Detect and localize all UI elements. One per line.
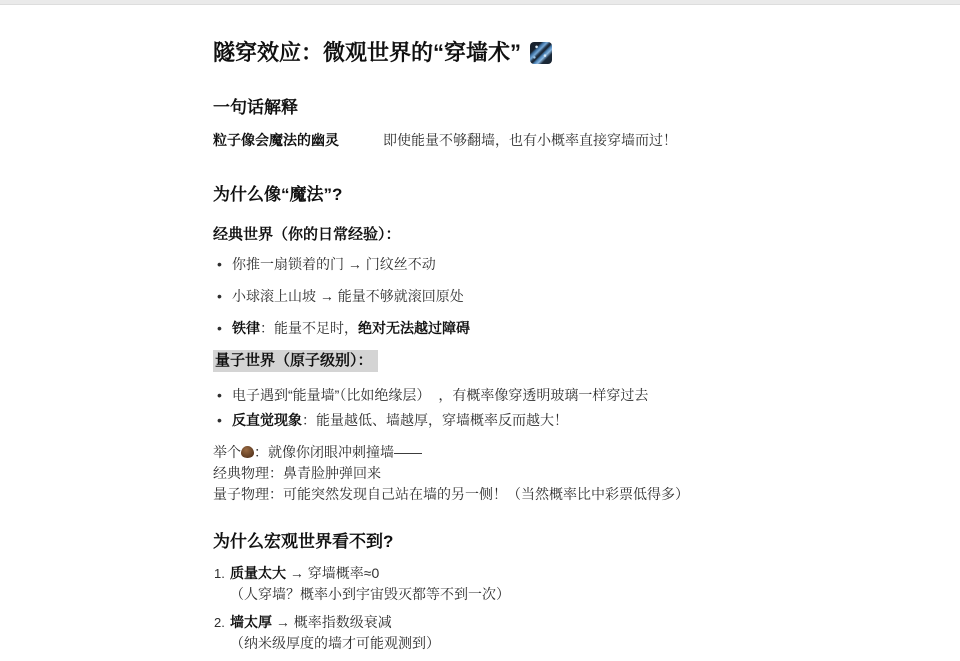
item1-rest: → 穿墙概率≈0 xyxy=(286,565,379,581)
quantum-bullet-1b: ，有概率像穿透明玻璃一样穿过去 xyxy=(438,387,648,403)
item1-bold: 质量太大 xyxy=(230,565,286,581)
subheading-quantum-world: 量子世界（原子级别）： xyxy=(213,350,378,372)
item2-bold: 墙太厚 xyxy=(230,614,272,630)
example-line-1: 举个：就像你闭眼冲刺撞墙—— xyxy=(213,442,773,463)
page-title-text: 隧穿效应：微观世界的“穿墙术” xyxy=(213,38,521,68)
list-item: 铁律：能量不足时，绝对无法越过障碍 xyxy=(213,318,773,338)
classic-bullet-3-bold2: 绝对无法越过障碍 xyxy=(358,320,470,336)
section-heading-one-sentence: 一句话解释 xyxy=(213,96,773,119)
list-item: 你推一扇锁着的门 → 门纹丝不动 xyxy=(213,254,773,274)
item-number: 2. xyxy=(214,612,225,633)
quantum-bullet-1a: 电子遇到“能量墙”（比如绝缘层） xyxy=(232,387,430,403)
example-line1-post: ：就像你闭眼冲刺撞墙—— xyxy=(254,444,422,460)
section-heading-why-macro: 为什么宏观世界看不到? xyxy=(213,530,773,553)
item2-rest: → 概率指数级衰减 xyxy=(272,614,392,630)
quantum-world-list: 电子遇到“能量墙”（比如绝缘层），有概率像穿透明玻璃一样穿过去 反直觉现象：能量… xyxy=(213,385,773,430)
page-title: 隧穿效应：微观世界的“穿墙术” xyxy=(213,38,773,68)
classic-bullet-1: 你推一扇锁着的门 → 门纹丝不动 xyxy=(232,256,436,272)
numbered-item-row: 1. 质量太大 → 穿墙概率≈0 xyxy=(213,563,773,584)
chestnut-emoji xyxy=(241,446,254,458)
lead-bold-text: 粒子像会魔法的幽灵 xyxy=(213,132,339,148)
macro-numbered-list: 1. 质量太大 → 穿墙概率≈0 （人穿墙？概率小到宇宙毁灭都等不到一次） 2.… xyxy=(213,563,773,645)
list-item: 小球滚上山坡 → 能量不够就滚回原处 xyxy=(213,286,773,306)
item1-note: （人穿墙？概率小到宇宙毁灭都等不到一次） xyxy=(213,584,773,605)
numbered-item: 2. 墙太厚 → 概率指数级衰减 （纳米级厚度的墙才可能观测到） xyxy=(213,612,773,645)
quantum-bullet-2-rest: ：能量越低、墙越厚，穿墙概率反而越大！ xyxy=(302,412,568,428)
item-number: 1. xyxy=(214,563,225,584)
example-line-2: 经典物理：鼻青脸肿弹回来 xyxy=(213,463,773,484)
classic-bullet-2: 小球滚上山坡 → 能量不够就滚回原处 xyxy=(232,288,464,304)
numbered-item: 1. 质量太大 → 穿墙概率≈0 （人穿墙？概率小到宇宙毁灭都等不到一次） xyxy=(213,563,773,605)
example-line-3: 量子物理：可能突然发现自己站在墙的另一侧！（当然概率比中彩票低得多） xyxy=(213,484,773,505)
section-heading-why-magic: 为什么像“魔法”? xyxy=(213,183,773,206)
subheading-classic-world: 经典世界（你的日常经验）： xyxy=(213,225,773,245)
example-paragraph: 举个：就像你闭眼冲刺撞墙—— 经典物理：鼻青脸肿弹回来 量子物理：可能突然发现自… xyxy=(213,442,773,505)
classic-world-list: 你推一扇锁着的门 → 门纹丝不动 小球滚上山坡 → 能量不够就滚回原处 铁律：能… xyxy=(213,254,773,338)
item2-note: （纳米级厚度的墙才可能观测到） xyxy=(213,633,773,645)
milky-way-emoji xyxy=(530,42,552,64)
document-body: 隧穿效应：微观世界的“穿墙术” 一句话解释 粒子像会魔法的幽灵即使能量不够翻墙，… xyxy=(213,30,773,645)
numbered-item-row: 2. 墙太厚 → 概率指数级衰减 xyxy=(213,612,773,633)
lead-rest-text: 即使能量不够翻墙，也有小概率直接穿墙而过！ xyxy=(383,132,677,148)
quantum-subheading-row: 量子世界（原子级别）： xyxy=(213,350,773,372)
quantum-bullet-2-bold: 反直觉现象 xyxy=(232,412,302,428)
top-border xyxy=(0,0,960,5)
example-line1-pre: 举个 xyxy=(213,444,241,460)
one-sentence-paragraph: 粒子像会魔法的幽灵即使能量不够翻墙，也有小概率直接穿墙而过！ xyxy=(213,130,773,150)
list-item: 反直觉现象：能量越低、墙越厚，穿墙概率反而越大！ xyxy=(213,410,773,430)
classic-bullet-3-mid: ：能量不足时， xyxy=(260,320,358,336)
list-item: 电子遇到“能量墙”（比如绝缘层），有概率像穿透明玻璃一样穿过去 xyxy=(213,385,773,405)
classic-bullet-3-bold: 铁律 xyxy=(232,320,260,336)
